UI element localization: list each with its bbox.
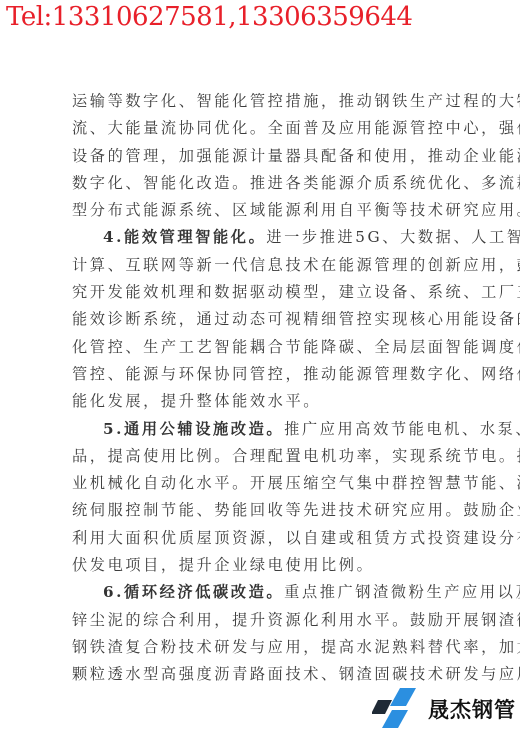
contact-phone-header: Tel:13310627581,13306359644 xyxy=(6,0,412,34)
text-span: 进一步推进5G、大数据、人工智能、云 xyxy=(266,228,520,246)
logo-text: 晟杰钢管 xyxy=(428,694,516,724)
text-line: 利用大面积优质屋顶资源，以自建或租赁方式投资建设分布式光 xyxy=(72,525,486,552)
section-6-heading: 6.循环经济低碳改造。 xyxy=(103,583,284,601)
text-line: 钢铁渣复合粉技术研发与应用，提高水泥熟料替代率，加大钢渣 xyxy=(72,634,486,661)
text-line: 锌尘泥的综合利用，提升资源化利用水平。鼓励开展钢渣微粉、 xyxy=(72,607,486,634)
text-line: 化管控、生产工艺智能耦合节能降碳、全局层面智能调度优化及 xyxy=(72,334,486,361)
text-line: 颗粒透水型高强度沥青路面技术、钢渣固碳技术研发与应用力 xyxy=(72,661,486,688)
section-5-heading: 5.通用公辅设施改造。 xyxy=(103,420,284,438)
section-6-first-line: 6.循环经济低碳改造。重点推广钢渣微粉生产应用以及含铁含 xyxy=(72,579,486,606)
text-line: 伏发电项目，提升企业绿电使用比例。 xyxy=(72,552,486,579)
section-4-first-line: 4.能效管理智能化。进一步推进5G、大数据、人工智能、云 xyxy=(72,224,486,251)
text-line: 运输等数字化、智能化管控措施，推动钢铁生产过程的大物质 xyxy=(72,88,486,115)
text-line: 流、大能量流协同优化。全面普及应用能源管控中心，强化能源 xyxy=(72,115,486,142)
text-span: 重点推广钢渣微粉生产应用以及含铁含 xyxy=(284,583,520,601)
text-line: 业机械化自动化水平。开展压缩空气集中群控智慧节能、液压系 xyxy=(72,470,486,497)
text-line: 计算、互联网等新一代信息技术在能源管理的创新应用，鼓励研 xyxy=(72,252,486,279)
text-line: 究开发能效机理和数据驱动模型，建立设备、系统、工厂三层级 xyxy=(72,279,486,306)
text-line: 数字化、智能化改造。推进各类能源介质系统优化、多流耦合微 xyxy=(72,170,486,197)
text-line: 设备的管理，加强能源计量器具配备和使用，推动企业能源管理 xyxy=(72,143,486,170)
text-span: 推广应用高效节能电机、水泵、风机产 xyxy=(284,420,520,438)
section-5-first-line: 5.通用公辅设施改造。推广应用高效节能电机、水泵、风机产 xyxy=(72,416,486,443)
section-4-heading: 4.能效管理智能化。 xyxy=(103,228,266,246)
document-body: 运输等数字化、智能化管控措施，推动钢铁生产过程的大物质 流、大能量流协同优化。全… xyxy=(72,88,486,689)
text-line: 品，提高使用比例。合理配置电机功率，实现系统节电。提升企 xyxy=(72,443,486,470)
logo-parallelograms-icon xyxy=(372,686,428,730)
text-line: 统伺服控制节能、势能回收等先进技术研究应用。鼓励企业充分 xyxy=(72,497,486,524)
text-line: 能效诊断系统，通过动态可视精细管控实现核心用能设备的智能 xyxy=(72,306,486,333)
text-line: 能化发展，提升整体能效水平。 xyxy=(72,388,486,415)
text-line: 管控、能源与环保协同管控，推动能源管理数字化、网络化、智 xyxy=(72,361,486,388)
text-line: 型分布式能源系统、区域能源利用自平衡等技术研究应用。 xyxy=(72,197,486,224)
company-logo: 晟杰钢管 xyxy=(372,686,520,730)
